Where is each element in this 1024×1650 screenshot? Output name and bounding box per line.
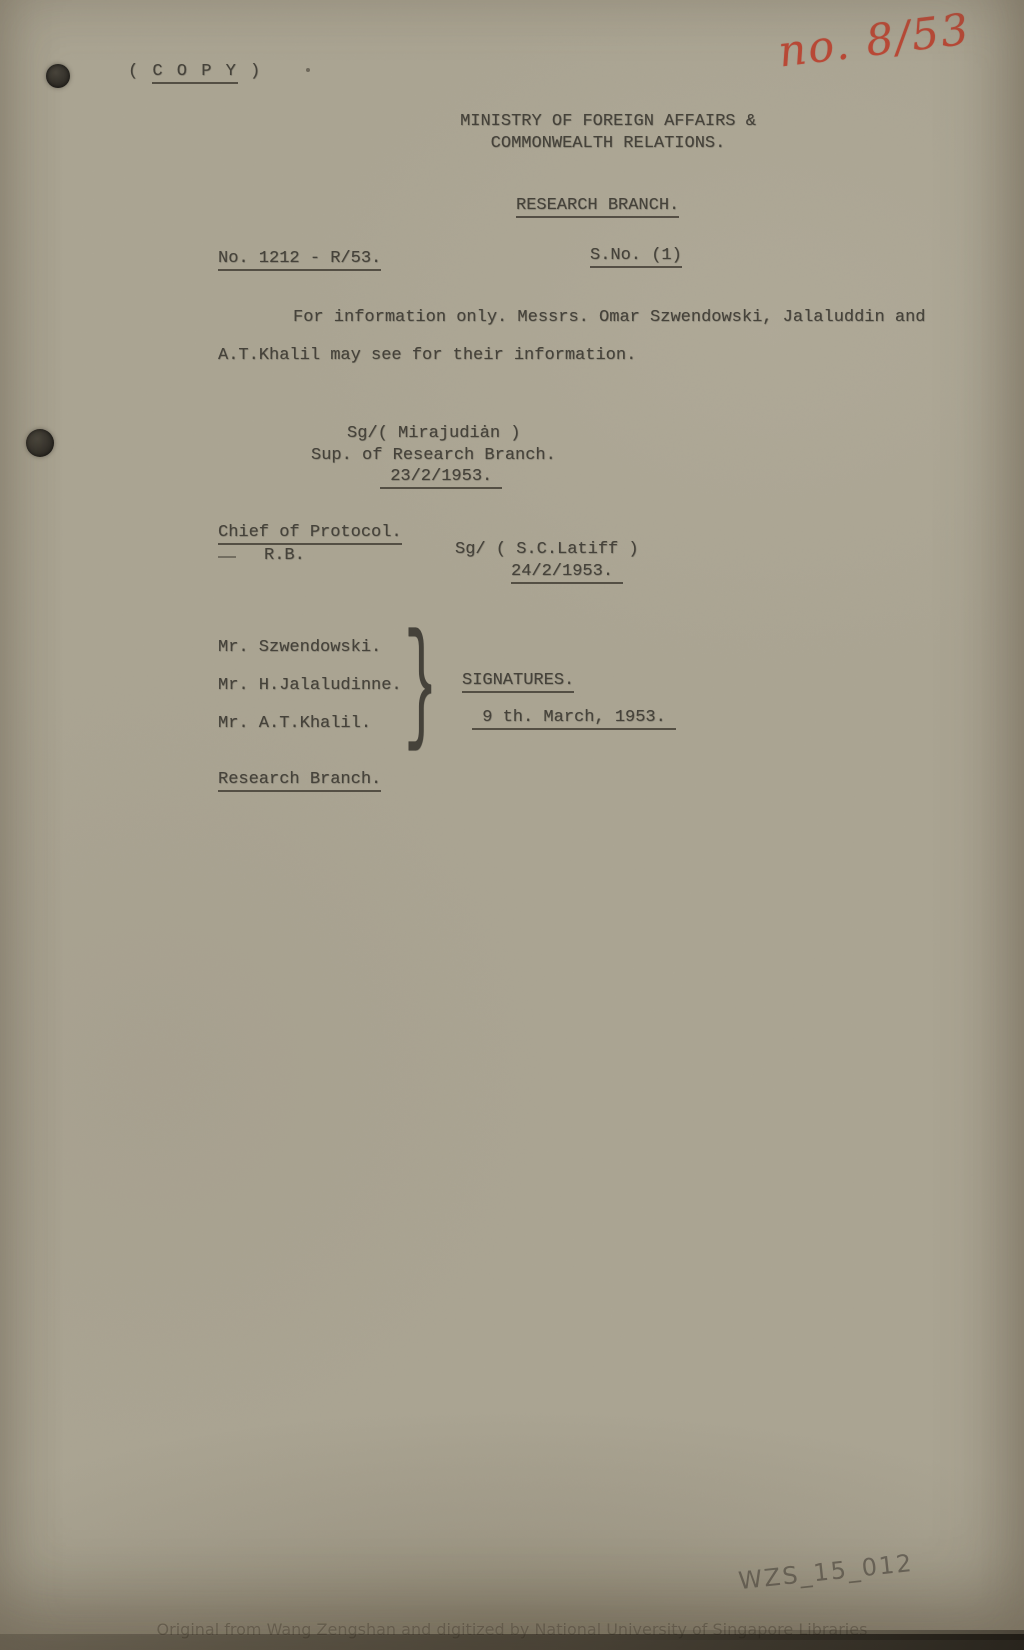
recipient-jalaludinne: Mr. H.Jalaludinne. [218,676,402,696]
branch-heading: RESEARCH BRANCH. [516,196,679,218]
punch-hole-top [46,64,70,88]
stray-dash-mark [218,556,236,558]
scanned-document-page: no. 8/53 ( C O P Y ) MINISTRY OF FOREIGN… [0,0,1024,1650]
body-text-line1: For information only. Messrs. Omar Szwen… [293,308,926,328]
protocol-signature-date: 24/2/1953. [511,562,623,584]
copy-word: C O P Y [152,62,237,84]
scan-vignette [0,0,1024,1650]
reference-number: No. 1212 - R/53. [218,249,381,271]
signatures-label: SIGNATURES. [462,671,574,693]
protocol-initials: R.B. [264,546,305,566]
scan-bottom-shadow [604,1630,1024,1640]
handwritten-file-number: no. 8/53 [776,4,973,77]
research-signature-title: Sup. of Research Branch. [311,446,556,466]
recipient-szwendowski: Mr. Szwendowski. [218,638,381,658]
body-text-line2: A.T.Khalil may see for their information… [218,346,636,366]
copy-label: ( C O P Y ) [128,62,262,82]
grouping-brace: } [404,622,437,754]
research-signature: Sg/( Mirajudiȧn ) [347,424,520,444]
ministry-heading-line1: MINISTRY OF FOREIGN AFFAIRS & [440,112,776,132]
research-signature-date: 23/2/1953. [380,467,502,489]
copy-paren-open: ( [128,62,152,81]
signatures-date: 9 th. March, 1953. [472,708,676,730]
pencil-archive-code: WZS_15_012 [737,1549,915,1595]
recipient-khalil: Mr. A.T.Khalil. [218,714,371,734]
serial-number: S.No. (1) [590,246,682,268]
footer-branch-label: Research Branch. [218,770,381,792]
paper-grain-texture [0,0,1024,1650]
copy-paren-close: ) [238,62,262,81]
ministry-heading-line2: COMMONWEALTH RELATIONS. [440,134,776,154]
protocol-title: Chief of Protocol. [218,523,402,545]
protocol-signature: Sg/ ( S.C.Latiff ) [455,540,639,560]
paper-speck [306,68,310,72]
punch-hole-middle [26,429,54,457]
